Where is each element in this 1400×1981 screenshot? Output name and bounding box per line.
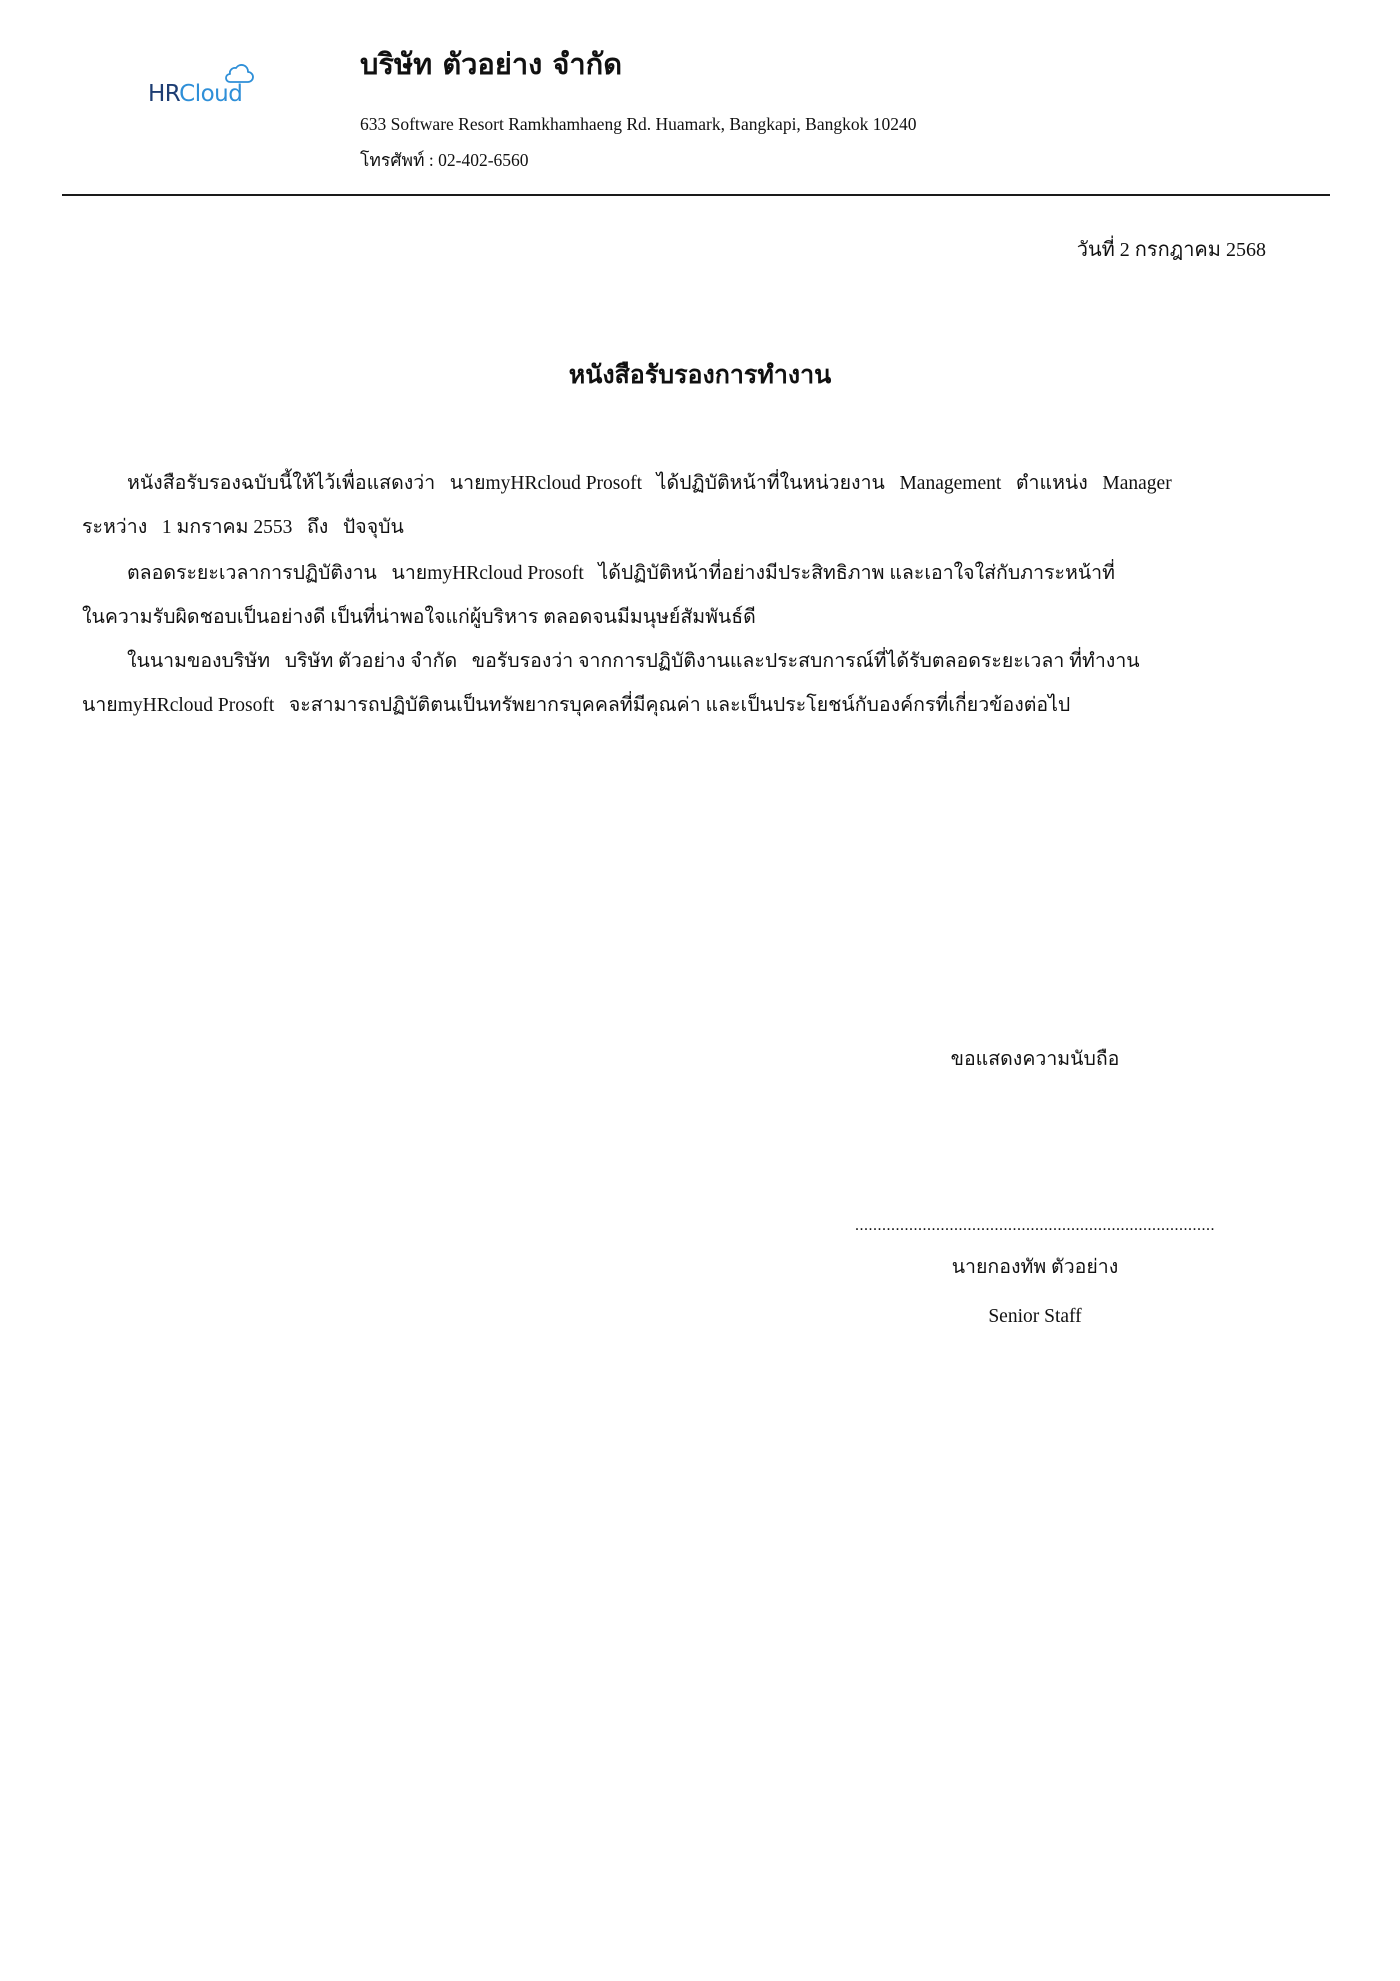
body-line: นายmyHRcloud Prosoft จะสามารถปฏิบัติตนเป… xyxy=(82,692,1070,720)
company-phone: โทรศัพท์ : 02-402-6560 xyxy=(360,148,529,172)
company-name: บริษัท ตัวอย่าง จำกัด xyxy=(360,44,622,84)
company-address: 633 Software Resort Ramkhamhaeng Rd. Hua… xyxy=(360,112,917,136)
closing-phrase: ขอแสดงความนับถือ xyxy=(830,1046,1240,1074)
body-line: ในนามของบริษัท บริษัท ตัวอย่าง จำกัด ขอร… xyxy=(127,648,1140,676)
body-line: ในความรับผิดชอบเป็นอย่างดี เป็นที่น่าพอใ… xyxy=(82,604,756,632)
body-line: ตลอดระยะเวลาการปฏิบัติงาน นายmyHRcloud P… xyxy=(127,560,1115,588)
letter-title: หนังสือรับรองการทำงาน xyxy=(0,358,1400,392)
body-line: หนังสือรับรองฉบับนี้ให้ไว้เพื่อแสดงว่า น… xyxy=(127,470,1172,498)
logo-wordmark: HRCloud xyxy=(148,80,242,108)
signer-position: Senior Staff xyxy=(830,1303,1240,1331)
letter-date: วันที่ 2 กรกฎาคม 2568 xyxy=(1077,236,1266,264)
company-logo: HRCloud xyxy=(148,62,268,108)
logo-cloud-text: Cloud xyxy=(179,81,242,107)
signature-line: ........................................… xyxy=(830,1212,1240,1240)
header-divider xyxy=(62,194,1330,196)
body-line: ระหว่าง 1 มกราคม 2553 ถึง ปัจจุบัน xyxy=(82,514,404,542)
logo-hr-text: HR xyxy=(148,81,179,107)
signer-name: นายกองทัพ ตัวอย่าง xyxy=(830,1254,1240,1282)
